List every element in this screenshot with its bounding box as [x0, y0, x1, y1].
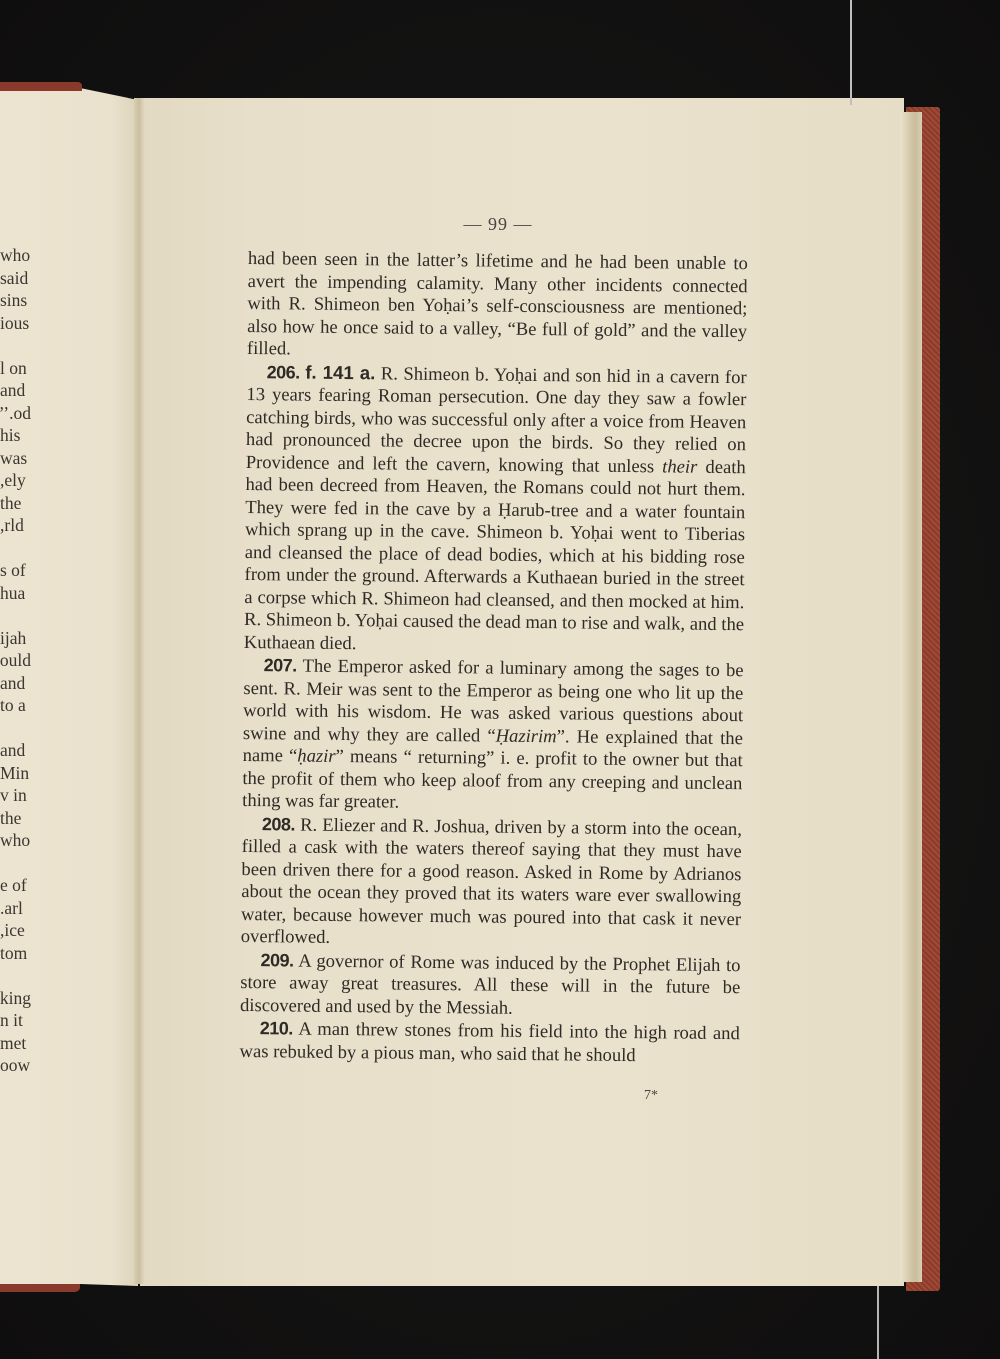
entry-number: 209. — [260, 950, 293, 970]
left-page-line-fragment — [0, 604, 31, 627]
left-page-line-fragment: od.’’ — [0, 402, 31, 425]
page-number: — 99 — — [448, 214, 548, 235]
entry-207: 207. The Emperor asked for a luminary am… — [242, 654, 744, 818]
page-block-edge — [900, 112, 922, 1282]
left-page-line-fragment: his — [0, 424, 31, 447]
left-page-line-fragment: sins — [0, 289, 31, 312]
continuation-paragraph: had been seen in the latter’s lifetime a… — [247, 248, 748, 366]
emphasis: ḥazir — [297, 746, 335, 767]
entry-number: 210. — [260, 1018, 293, 1038]
entry-text: A governor of Rome was induced by the Pr… — [240, 950, 741, 1018]
left-page-text: whosaidsinsiousl onandod.’’hiswasely,the… — [0, 244, 31, 1077]
page-body: had been seen in the latter’s lifetime a… — [239, 248, 748, 1068]
entry-text: R. Eliezer and R. Joshua, driven by a st… — [241, 814, 742, 948]
left-page-line-fragment: was — [0, 447, 31, 470]
left-page-line-fragment: s of — [0, 559, 31, 582]
left-page-line-fragment: Min — [0, 762, 31, 785]
left-page-line-fragment: arl. — [0, 897, 31, 920]
scanner-guide-line — [850, 0, 852, 105]
left-page-line-fragment: ious — [0, 312, 31, 335]
left-page-line-fragment: ijah — [0, 627, 31, 650]
left-page-line-fragment — [0, 964, 31, 987]
left-page-line-fragment — [0, 852, 31, 875]
left-page-line-fragment: ely, — [0, 469, 31, 492]
left-page-line-fragment: to a — [0, 694, 31, 717]
entry-208: 208. R. Eliezer and R. Joshua, driven by… — [241, 812, 742, 953]
left-page-line-fragment: rld, — [0, 514, 31, 537]
left-page-line-fragment: and — [0, 379, 31, 402]
left-page-line-fragment: l on — [0, 357, 31, 380]
left-page-line-fragment: n it — [0, 1009, 31, 1032]
left-page-line-fragment: ould — [0, 649, 31, 672]
folio-reference: f. 141 a. — [305, 361, 375, 383]
book-gutter — [134, 98, 144, 1284]
entry-number: 206. — [267, 362, 300, 382]
cover-edge-top-left — [0, 82, 82, 91]
entry-text: death had been decreed from Heaven, the … — [244, 456, 746, 653]
signature-mark: 7* — [644, 1088, 658, 1104]
left-page-line-fragment: who — [0, 829, 31, 852]
left-page-line-fragment: oow — [0, 1054, 31, 1077]
left-page-line-fragment: said — [0, 267, 31, 290]
entry-number: 208. — [262, 814, 295, 834]
left-page-line-fragment: tom — [0, 942, 31, 965]
entry-210: 210. A man threw stones from his field i… — [239, 1017, 739, 1068]
entry-number: 207. — [264, 655, 297, 675]
emphasis: Ḥazirim — [496, 725, 557, 747]
left-page-line-fragment: and — [0, 739, 31, 762]
left-page-line-fragment: ice, — [0, 919, 31, 942]
left-page-line-fragment: who — [0, 244, 31, 267]
book-scan: whosaidsinsiousl onandod.’’hiswasely,the… — [0, 0, 1000, 1359]
left-page-line-fragment: and — [0, 672, 31, 695]
left-page-line-fragment: king — [0, 987, 31, 1010]
entry-209: 209. A governor of Rome was induced by t… — [240, 948, 741, 1022]
scanner-guide-line-bottom — [877, 1286, 879, 1359]
cover-edge-bottom-left — [0, 1284, 80, 1292]
left-page-line-fragment: the — [0, 807, 31, 830]
entry-text: A man threw stones from his field into t… — [239, 1019, 739, 1066]
left-page-line-fragment — [0, 334, 31, 357]
left-page-line-fragment: v in — [0, 784, 31, 807]
emphasis: their — [662, 456, 697, 477]
left-page-line-fragment: e of — [0, 874, 31, 897]
left-page-line-fragment: met — [0, 1032, 31, 1055]
entry-206: 206. f. 141 a. R. Shimeon b. Yoḥai and s… — [244, 360, 747, 659]
left-page-line-fragment — [0, 537, 31, 560]
left-page-line-fragment: the — [0, 492, 31, 515]
left-page-line-fragment: hua — [0, 582, 31, 605]
left-page-line-fragment — [0, 717, 31, 740]
